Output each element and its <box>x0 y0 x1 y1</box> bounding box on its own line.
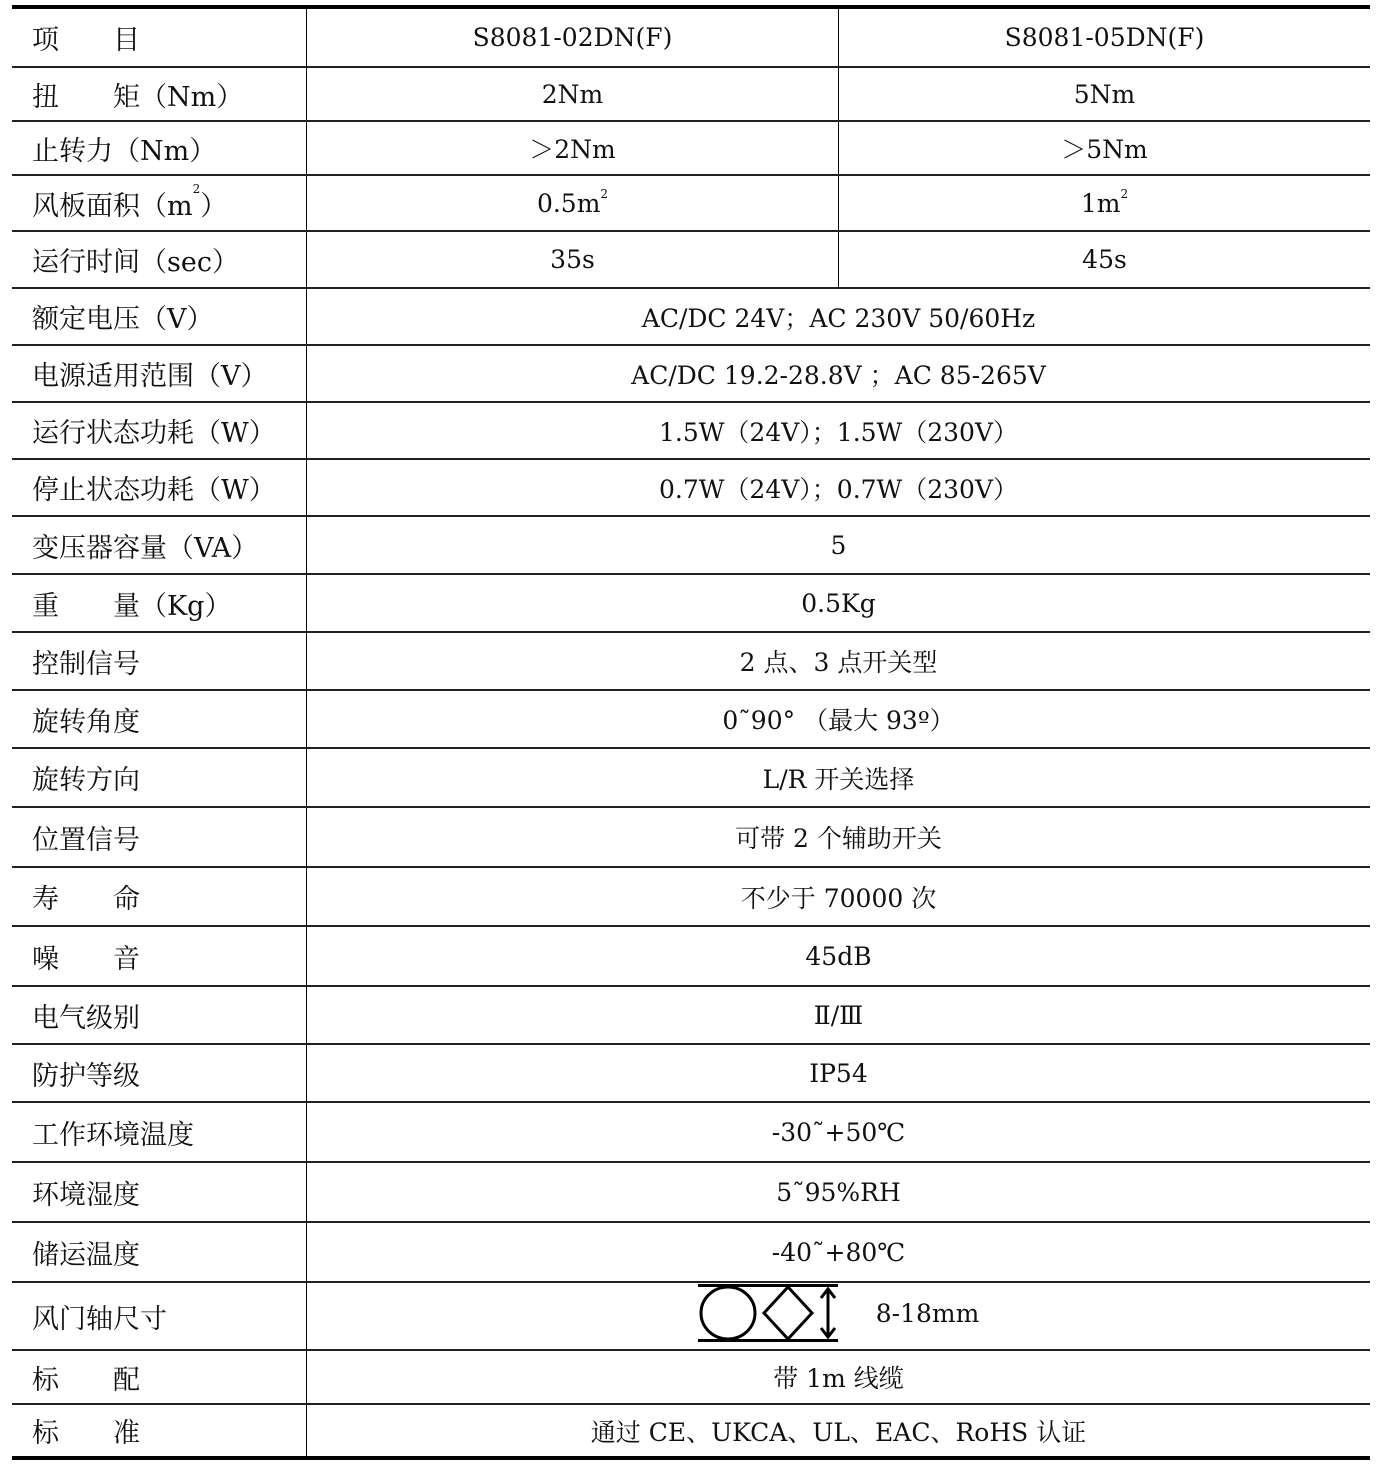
row-value: 1.5W（24V）；1.5W（230V） <box>307 402 1371 459</box>
table-row: 停止状态功耗（W）0.7W（24V）；0.7W（230V） <box>12 459 1370 516</box>
row-label: 扭 矩（Nm） <box>12 67 307 121</box>
header-model-a: S8081-02DN(F) <box>307 7 839 67</box>
row-value: 5 <box>307 516 1371 574</box>
row-label: 额定电压（V） <box>12 288 307 345</box>
row-label: 位置信号 <box>12 807 307 867</box>
row-value: 8-18mm <box>307 1282 1371 1350</box>
row-value: IP54 <box>307 1044 1371 1102</box>
row-value: 通过 CE、UKCA、UL、EAC、RoHS 认证 <box>307 1404 1371 1458</box>
row-label: 止转力（Nm） <box>12 121 307 175</box>
table-row: 位置信号可带 2 个辅助开关 <box>12 807 1370 867</box>
table-row: 电气级别Ⅱ/Ⅲ <box>12 986 1370 1044</box>
row-label: 电气级别 <box>12 986 307 1044</box>
row-label: 风门轴尺寸 <box>12 1282 307 1350</box>
table-row: 工作环境温度-30˜+50℃ <box>12 1102 1370 1162</box>
row-label: 运行状态功耗（W） <box>12 402 307 459</box>
table-row: 止转力（Nm） ＞2Nm ＞5Nm <box>12 121 1370 175</box>
row-value: L/R 开关选择 <box>307 748 1371 807</box>
value-text: 1m <box>1081 189 1121 218</box>
table-row: 运行时间（sec） 35s 45s <box>12 231 1370 288</box>
row-value: 45dB <box>307 926 1371 986</box>
table-row: 寿 命不少于 70000 次 <box>12 867 1370 926</box>
row-label: 标 配 <box>12 1350 307 1404</box>
table-row: 运行状态功耗（W）1.5W（24V）；1.5W（230V） <box>12 402 1370 459</box>
label-text-end: ） <box>200 191 227 222</box>
value-model-b: 5Nm <box>839 67 1371 121</box>
row-value: 0.7W（24V）；0.7W（230V） <box>307 459 1371 516</box>
table-header-row: 项 目 S8081-02DN(F) S8081-05DN(F) <box>12 7 1370 67</box>
row-label: 寿 命 <box>12 867 307 926</box>
row-value: -40˜+80℃ <box>307 1222 1371 1282</box>
shaft-size-value: 8-18mm <box>876 1299 980 1328</box>
table-row: 旋转方向L/R 开关选择 <box>12 748 1370 807</box>
value-model-a: 0.5m2 <box>307 175 839 231</box>
row-label: 风板面积（m2） <box>12 175 307 231</box>
table-row: 风板面积（m2） 0.5m2 1m2 <box>12 175 1370 231</box>
row-label: 储运温度 <box>12 1222 307 1282</box>
row-label: 环境湿度 <box>12 1162 307 1222</box>
table-row: 电源适用范围（V）AC/DC 19.2-28.8V ；AC 85-265V <box>12 345 1370 402</box>
value-model-b: 45s <box>839 231 1371 288</box>
row-value: 不少于 70000 次 <box>307 867 1371 926</box>
row-label: 运行时间（sec） <box>12 231 307 288</box>
table-row: 储运温度-40˜+80℃ <box>12 1222 1370 1282</box>
spec-table: 项 目 S8081-02DN(F) S8081-05DN(F) 扭 矩（Nm） … <box>12 5 1370 1460</box>
row-label: 变压器容量（VA） <box>12 516 307 574</box>
value-model-a: 35s <box>307 231 839 288</box>
row-value: AC/DC 19.2-28.8V ；AC 85-265V <box>307 345 1371 402</box>
table-row: 噪 音45dB <box>12 926 1370 986</box>
value-model-a: 2Nm <box>307 67 839 121</box>
row-value: 5˜95%RH <box>307 1162 1371 1222</box>
row-label: 工作环境温度 <box>12 1102 307 1162</box>
table-row: 标 准通过 CE、UKCA、UL、EAC、RoHS 认证 <box>12 1404 1370 1458</box>
superscript: 2 <box>1120 187 1128 201</box>
table-row: 额定电压（V）AC/DC 24V；AC 230V 50/60Hz <box>12 288 1370 345</box>
table-row: 控制信号2 点、3 点开关型 <box>12 632 1370 690</box>
row-value: 带 1m 线缆 <box>307 1350 1371 1404</box>
row-value: AC/DC 24V；AC 230V 50/60Hz <box>307 288 1371 345</box>
header-model-b: S8081-05DN(F) <box>839 7 1371 67</box>
table-row: 防护等级IP54 <box>12 1044 1370 1102</box>
label-text: 风板面积（m <box>32 191 193 222</box>
table-row: 旋转角度0˜90° （最大 93º） <box>12 690 1370 748</box>
row-label: 旋转角度 <box>12 690 307 748</box>
row-value: 0˜90° （最大 93º） <box>307 690 1371 748</box>
table-row: 扭 矩（Nm） 2Nm 5Nm <box>12 67 1370 121</box>
row-label: 防护等级 <box>12 1044 307 1102</box>
table-row: 环境湿度5˜95%RH <box>12 1162 1370 1222</box>
row-value: 2 点、3 点开关型 <box>307 632 1371 690</box>
round-square-shaft-icon <box>698 1283 838 1343</box>
value-model-a: ＞2Nm <box>307 121 839 175</box>
table-row: 变压器容量（VA）5 <box>12 516 1370 574</box>
table-row-shaft: 风门轴尺寸 8-18mm <box>12 1282 1370 1350</box>
value-text: 0.5m <box>537 189 600 218</box>
row-label: 噪 音 <box>12 926 307 986</box>
row-label: 电源适用范围（V） <box>12 345 307 402</box>
row-label: 停止状态功耗（W） <box>12 459 307 516</box>
table-row: 重 量（Kg）0.5Kg <box>12 574 1370 632</box>
superscript: 2 <box>600 187 608 201</box>
row-value: 0.5Kg <box>307 574 1371 632</box>
row-value: 可带 2 个辅助开关 <box>307 807 1371 867</box>
superscript: 2 <box>193 182 201 196</box>
row-label: 标 准 <box>12 1404 307 1458</box>
header-item-label: 项 目 <box>12 7 307 67</box>
row-value: Ⅱ/Ⅲ <box>307 986 1371 1044</box>
row-label: 控制信号 <box>12 632 307 690</box>
table-row: 标 配带 1m 线缆 <box>12 1350 1370 1404</box>
value-model-b: 1m2 <box>839 175 1371 231</box>
row-label: 重 量（Kg） <box>12 574 307 632</box>
row-label: 旋转方向 <box>12 748 307 807</box>
row-value: -30˜+50℃ <box>307 1102 1371 1162</box>
value-model-b: ＞5Nm <box>839 121 1371 175</box>
